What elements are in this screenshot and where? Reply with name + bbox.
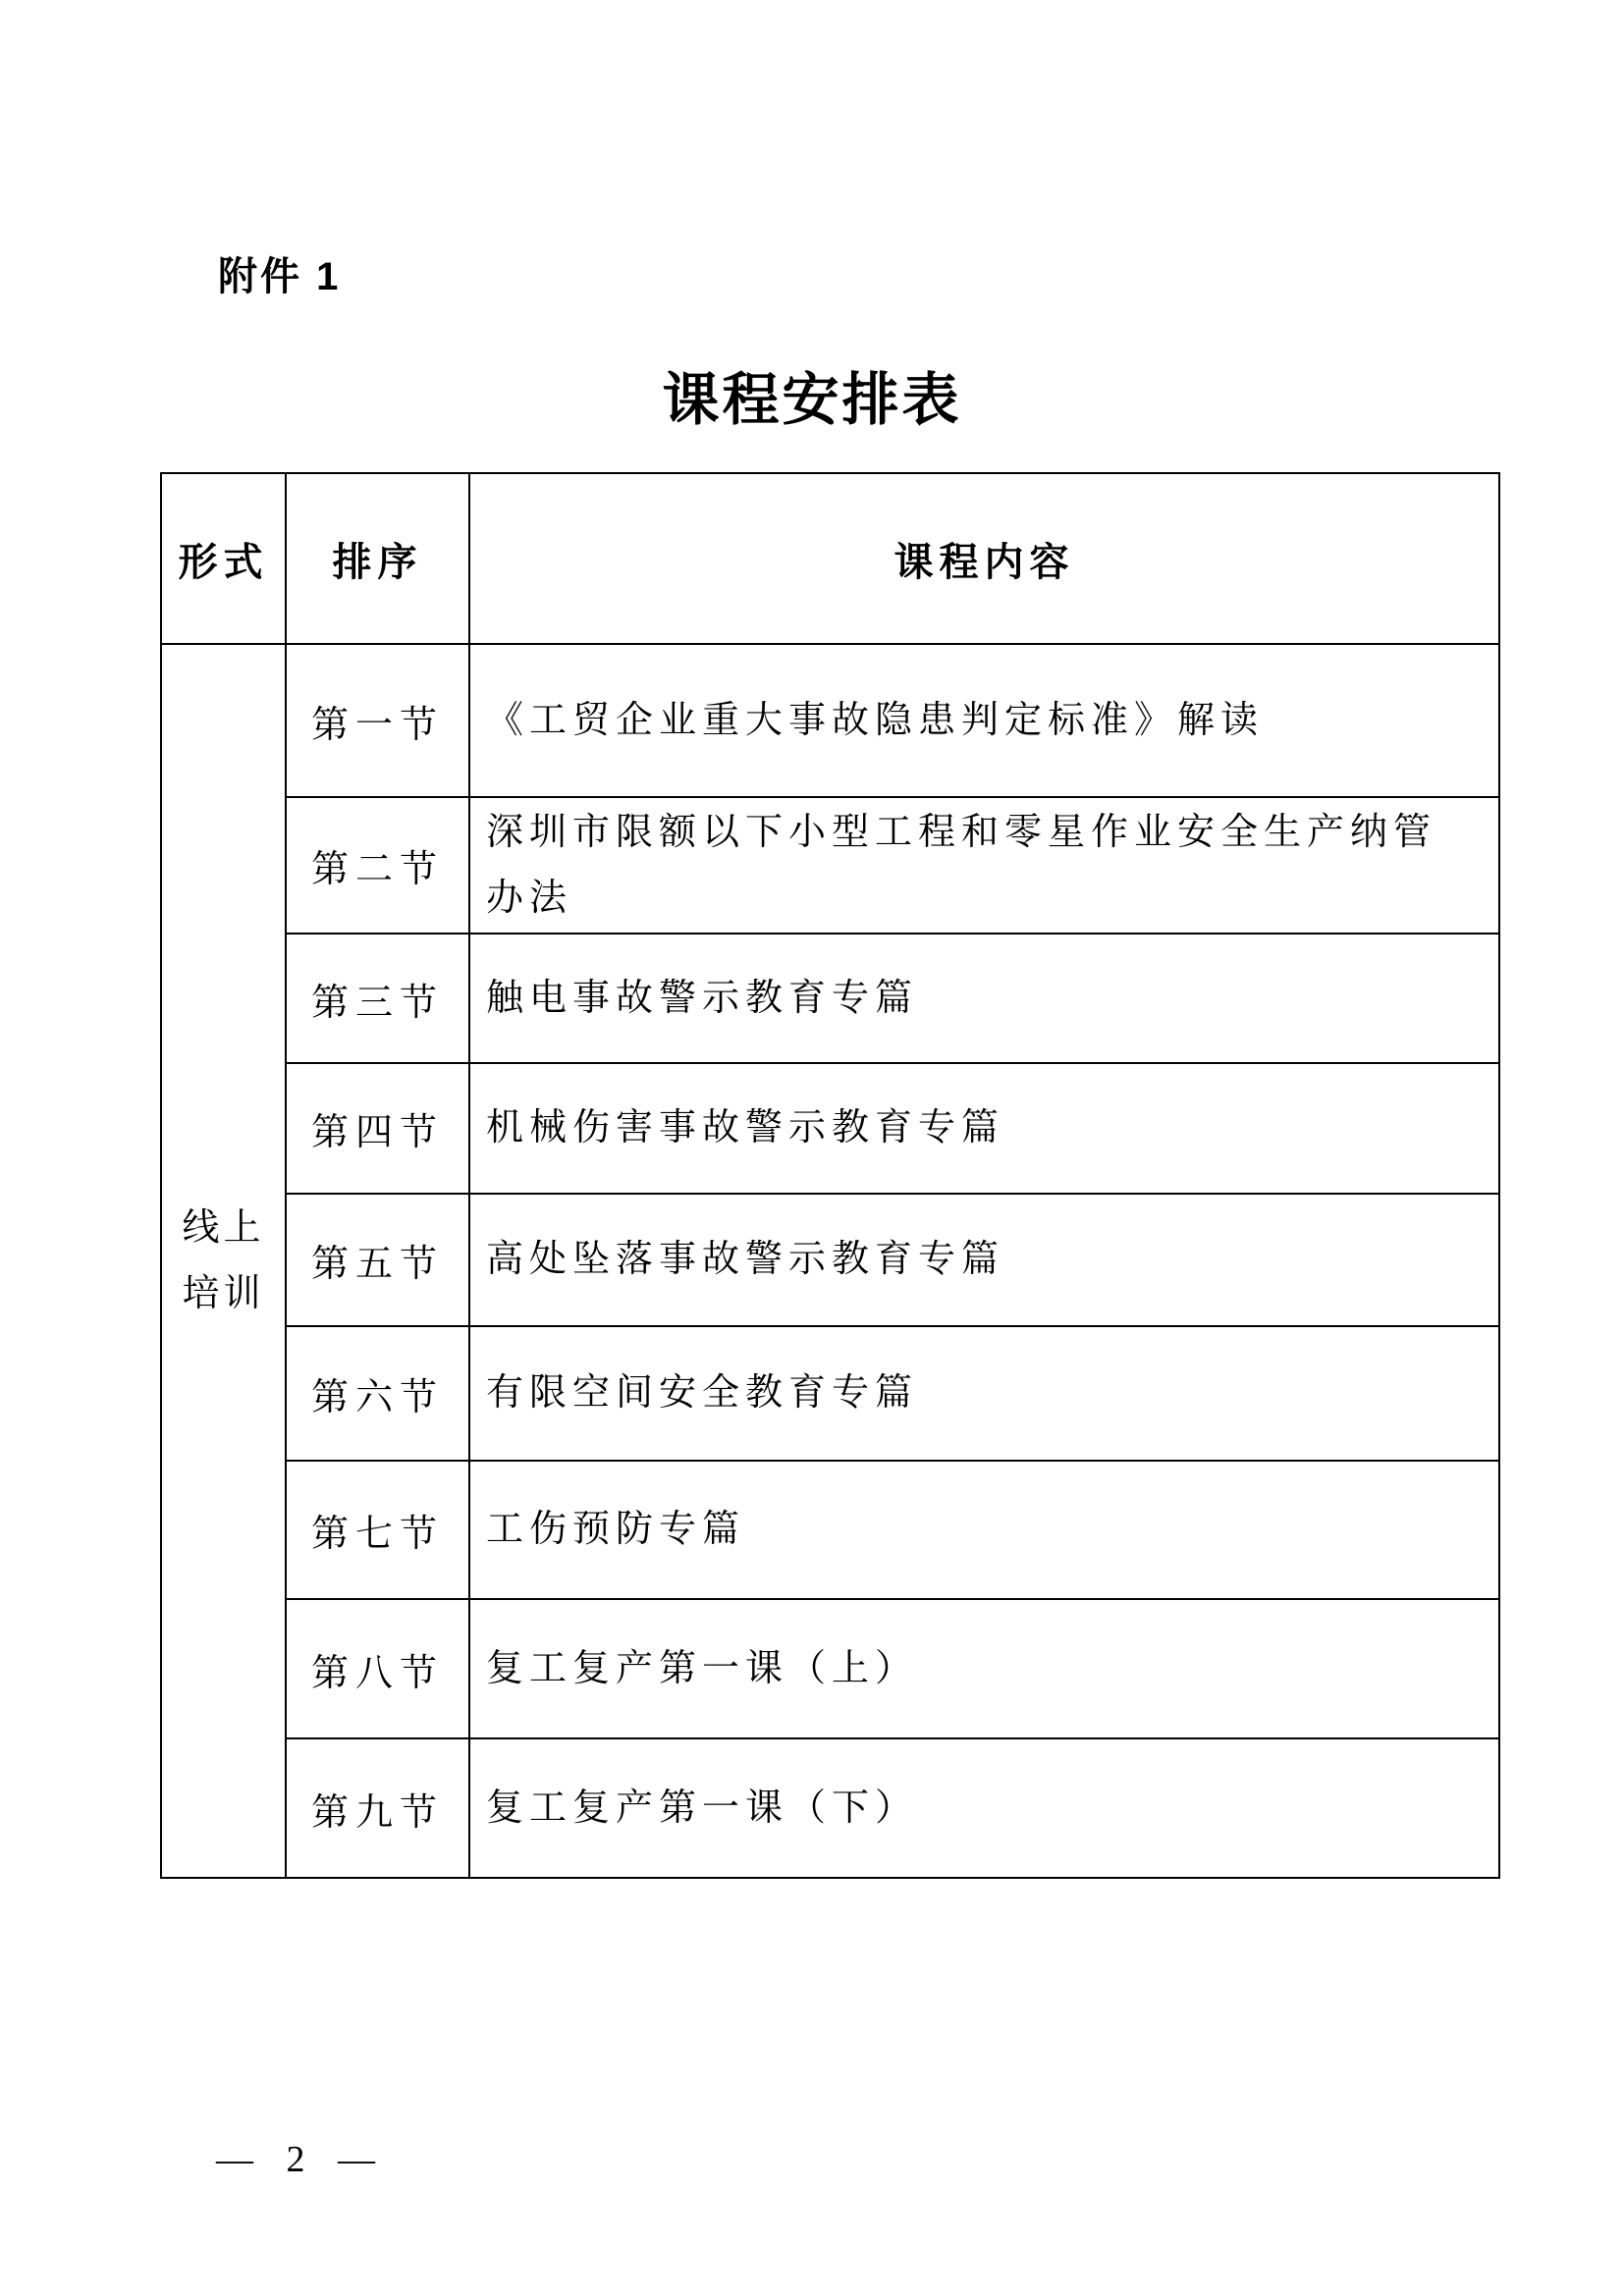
table-row: 第六节 有限空间安全教育专篇 <box>161 1326 1499 1461</box>
order-cell: 第六节 <box>286 1326 469 1461</box>
table-header-row: 形式 排序 课程内容 <box>161 473 1499 644</box>
content-cell: 工伤预防专篇 <box>469 1461 1499 1599</box>
content-cell: 触电事故警示教育专篇 <box>469 934 1499 1063</box>
table-header-form: 形式 <box>161 473 286 644</box>
order-cell: 第八节 <box>286 1599 469 1738</box>
attachment-label: 附件 1 <box>218 245 341 301</box>
content-cell: 有限空间安全教育专篇 <box>469 1326 1499 1461</box>
content-cell: 《工贸企业重大事故隐患判定标准》解读 <box>469 644 1499 797</box>
table-row: 第二节 深圳市限额以下小型工程和零星作业安全生产纳管办法 <box>161 797 1499 934</box>
content-cell: 机械伤害事故警示教育专篇 <box>469 1063 1499 1194</box>
order-cell: 第七节 <box>286 1461 469 1599</box>
page-title: 课程安排表 <box>0 353 1624 436</box>
content-cell: 高处坠落事故警示教育专篇 <box>469 1194 1499 1326</box>
table-header-order: 排序 <box>286 473 469 644</box>
order-cell: 第一节 <box>286 644 469 797</box>
content-cell: 复工复产第一课（上） <box>469 1599 1499 1738</box>
table-row: 线上培训 第一节 《工贸企业重大事故隐患判定标准》解读 <box>161 644 1499 797</box>
table-row: 第八节 复工复产第一课（上） <box>161 1599 1499 1738</box>
page-number: — 2 — <box>216 2138 379 2181</box>
table-header: 形式 排序 课程内容 <box>161 473 1499 644</box>
course-schedule-table: 形式 排序 课程内容 线上培训 第一节 《工贸企业重大事故隐患判定标准》解读 第… <box>160 472 1500 1879</box>
order-cell: 第三节 <box>286 934 469 1063</box>
order-cell: 第九节 <box>286 1738 469 1878</box>
table-row: 第九节 复工复产第一课（下） <box>161 1738 1499 1878</box>
table-header-content: 课程内容 <box>469 473 1499 644</box>
table-row: 第七节 工伤预防专篇 <box>161 1461 1499 1599</box>
order-cell: 第四节 <box>286 1063 469 1194</box>
document-page: 附件 1 课程安排表 形式 排序 课程内容 线上培训 第一节 《工贸企业重大事故… <box>0 0 1624 2296</box>
content-cell: 深圳市限额以下小型工程和零星作业安全生产纳管办法 <box>469 797 1499 934</box>
table-row: 第四节 机械伤害事故警示教育专篇 <box>161 1063 1499 1194</box>
table-row: 第三节 触电事故警示教育专篇 <box>161 934 1499 1063</box>
course-table-body: 线上培训 第一节 《工贸企业重大事故隐患判定标准》解读 第二节 深圳市限额以下小… <box>161 644 1499 1878</box>
form-cell: 线上培训 <box>161 644 286 1878</box>
content-cell: 复工复产第一课（下） <box>469 1738 1499 1878</box>
order-cell: 第五节 <box>286 1194 469 1326</box>
table-row: 第五节 高处坠落事故警示教育专篇 <box>161 1194 1499 1326</box>
order-cell: 第二节 <box>286 797 469 934</box>
